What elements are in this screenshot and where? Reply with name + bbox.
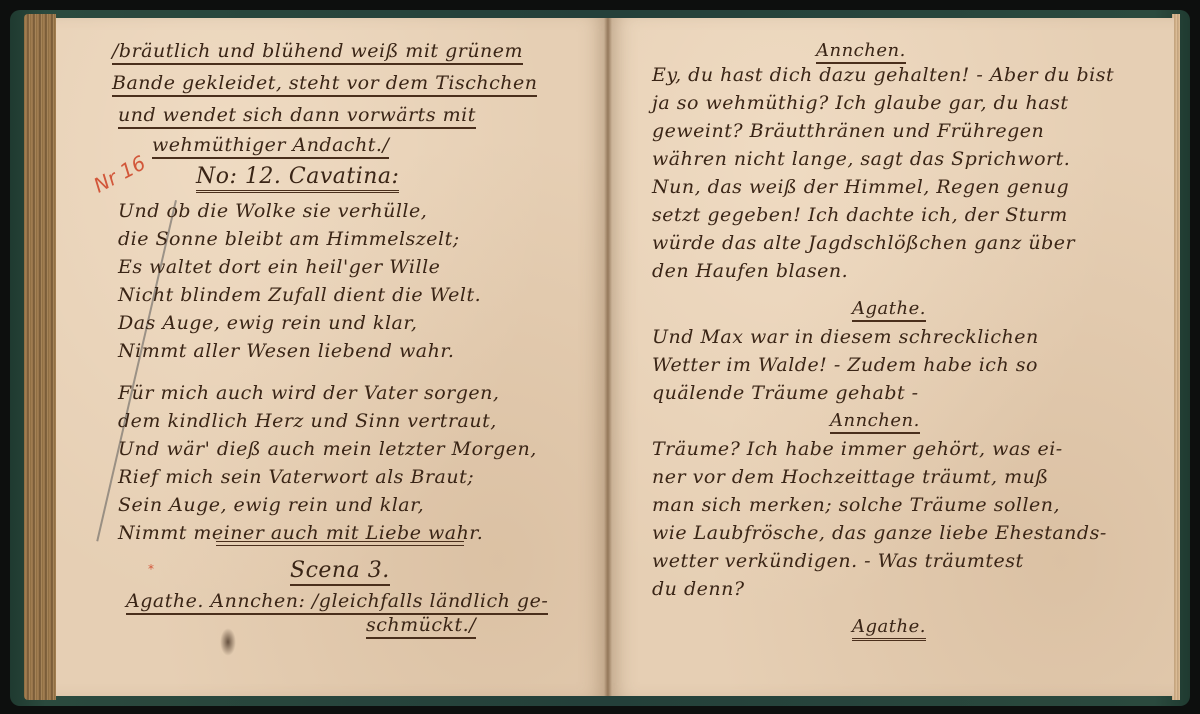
verse-line: Nicht blindem Zufall dient die Welt. [118, 284, 481, 306]
dialogue-line: Wetter im Walde! - Zudem habe ich so [652, 354, 1038, 376]
dialogue-line: quälende Träume gehabt - [652, 382, 919, 404]
speaker-name: Agathe. [852, 616, 926, 641]
verse-line: die Sonne bleibt am Himmelszelt; [118, 228, 460, 250]
stage-direction-line: /bräutlich und blühend weiß mit grünem [112, 40, 523, 65]
dialogue-line: geweint? Bräutthränen und Frühregen [652, 120, 1044, 142]
dialogue-line: wetter verkündigen. - Was träumtest [652, 550, 1024, 572]
stage-direction-line: und wendet sich dann vorwärts mit [118, 104, 476, 129]
verse-line: Sein Auge, ewig rein und klar, [118, 494, 424, 516]
verse-line: Und wär' dieß auch mein letzter Morgen, [118, 438, 537, 460]
speaker-name: Annchen. [830, 410, 920, 434]
dialogue-line: setzt gegeben! Ich dachte ich, der Sturm [652, 204, 1068, 226]
dialogue-line: man sich merken; solche Träume sollen, [652, 494, 1060, 516]
dialogue-line: würde das alte Jagdschlößchen ganz über [652, 232, 1075, 254]
dialogue-line: ja so wehmüthig? Ich glaube gar, du hast [652, 92, 1068, 114]
ink-stain [220, 628, 236, 656]
verse-line: dem kindlich Herz und Sinn vertraut, [118, 410, 497, 432]
scene-heading: Scena 3. [290, 558, 390, 586]
verse-line: Für mich auch wird der Vater sorgen, [118, 382, 499, 404]
verse-line: Nimmt aller Wesen liebend wahr. [118, 340, 454, 362]
verse-line: Es waltet dort ein heil'ger Wille [118, 256, 440, 278]
dialogue-line: den Haufen blasen. [652, 260, 848, 282]
book-gutter [604, 18, 612, 696]
dialogue-line: Nun, das weiß der Himmel, Regen genug [652, 176, 1069, 198]
dialogue-line: Und Max war in diesem schrecklichen [652, 326, 1039, 348]
stage-direction-line: wehmüthiger Andacht./ [152, 134, 389, 159]
section-divider-rule [216, 541, 464, 546]
dialogue-line: währen nicht lange, sagt das Sprichwort. [652, 148, 1070, 170]
stage-direction-line: Bande gekleidet, steht vor dem Tischchen [112, 72, 537, 97]
dialogue-line: ner vor dem Hochzeittage träumt, muß [652, 466, 1049, 488]
dialogue-line: du denn? [652, 578, 745, 600]
scene-direction-line: schmückt./ [366, 614, 476, 639]
number-heading: No: 12. Cavatina: [196, 164, 399, 193]
dialogue-line: wie Laubfrösche, das ganze liebe Ehestan… [652, 522, 1107, 544]
speaker-name: Annchen. [816, 40, 906, 64]
page-edges-left [24, 14, 56, 700]
verse-line: Rief mich sein Vaterwort als Braut; [118, 466, 474, 488]
verse-line: Und ob die Wolke sie verhülle, [118, 200, 427, 222]
dialogue-line: Träume? Ich habe immer gehört, was ei- [652, 438, 1063, 460]
speaker-name: Agathe. [852, 298, 926, 322]
scene-direction-line: Agathe. Annchen: /gleichfalls ländlich g… [126, 590, 548, 615]
red-pencil-mark: * [148, 562, 154, 576]
dialogue-line: Ey, du hast dich dazu gehalten! - Aber d… [652, 64, 1114, 86]
verse-line: Das Auge, ewig rein und klar, [118, 312, 417, 334]
